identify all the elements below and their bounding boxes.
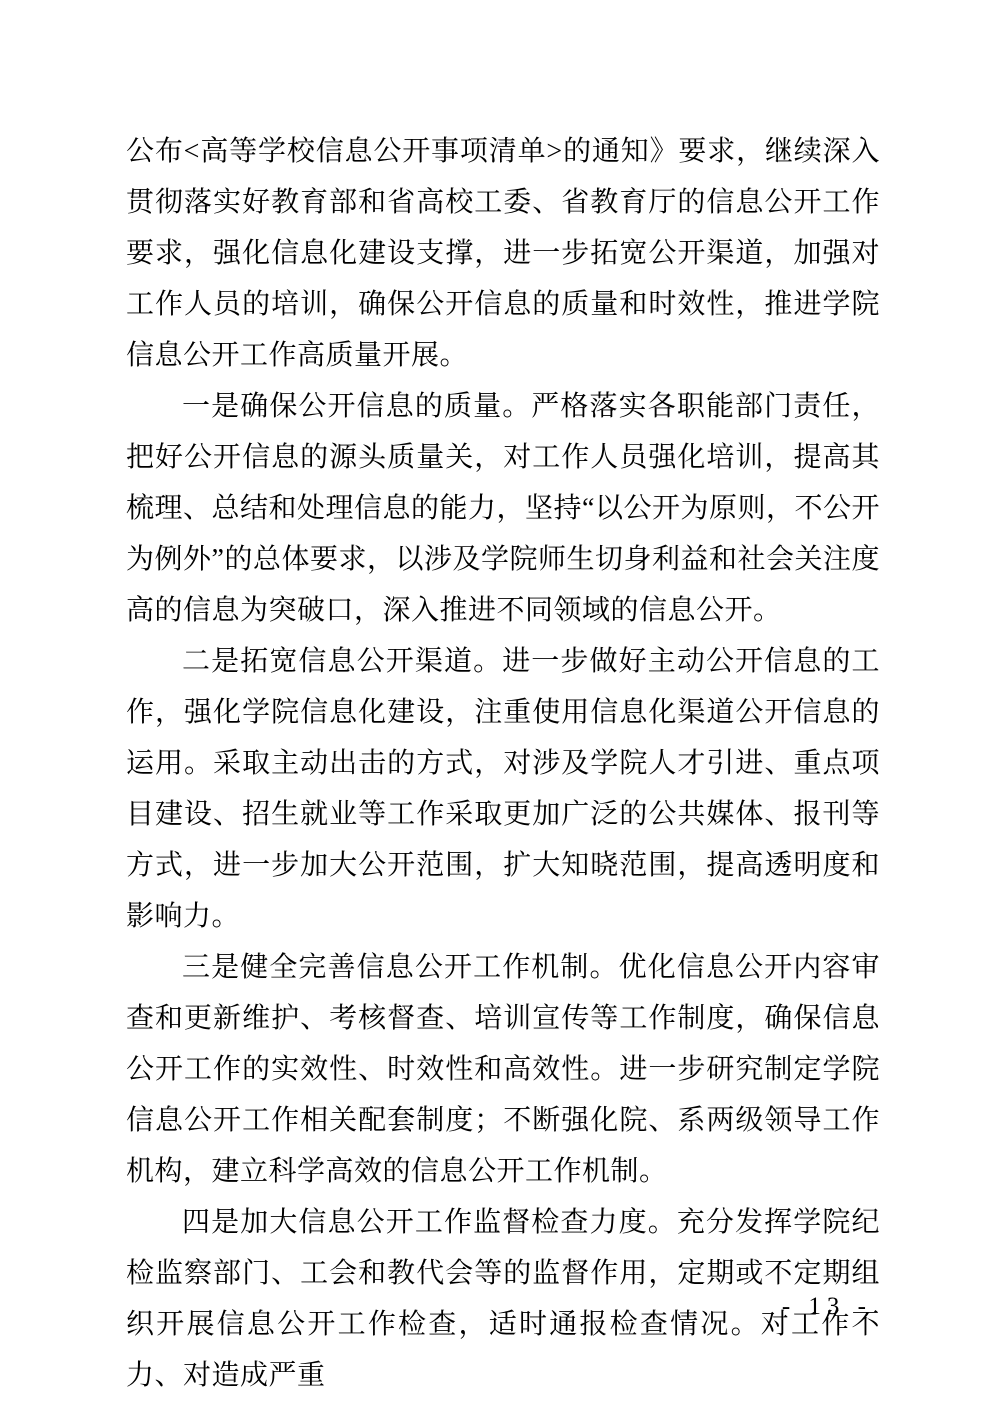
paragraph-point-two: 二是拓宽信息公开渠道。进一步做好主动公开信息的工作，强化学院信息化建设，注重使用… [126,636,880,942]
document-body-text: 公布<高等学校信息公开事项清单>的通知》要求，继续深入贯彻落实好教育部和省高校工… [126,126,880,1401]
document-page: 公布<高等学校信息公开事项清单>的通知》要求，继续深入贯彻落实好教育部和省高校工… [0,0,1000,1414]
paragraph-point-four: 四是加大信息公开工作监督检查力度。充分发挥学院纪检监察部门、工会和教代会等的监督… [126,1197,880,1401]
paragraph-point-three: 三是健全完善信息公开工作机制。优化信息公开内容审查和更新维护、考核督查、培训宣传… [126,942,880,1197]
paragraph-continuation: 公布<高等学校信息公开事项清单>的通知》要求，继续深入贯彻落实好教育部和省高校工… [126,126,880,381]
page-number: - 13 - [782,1293,872,1321]
paragraph-point-one: 一是确保公开信息的质量。严格落实各职能部门责任，把好公开信息的源头质量关，对工作… [126,381,880,636]
